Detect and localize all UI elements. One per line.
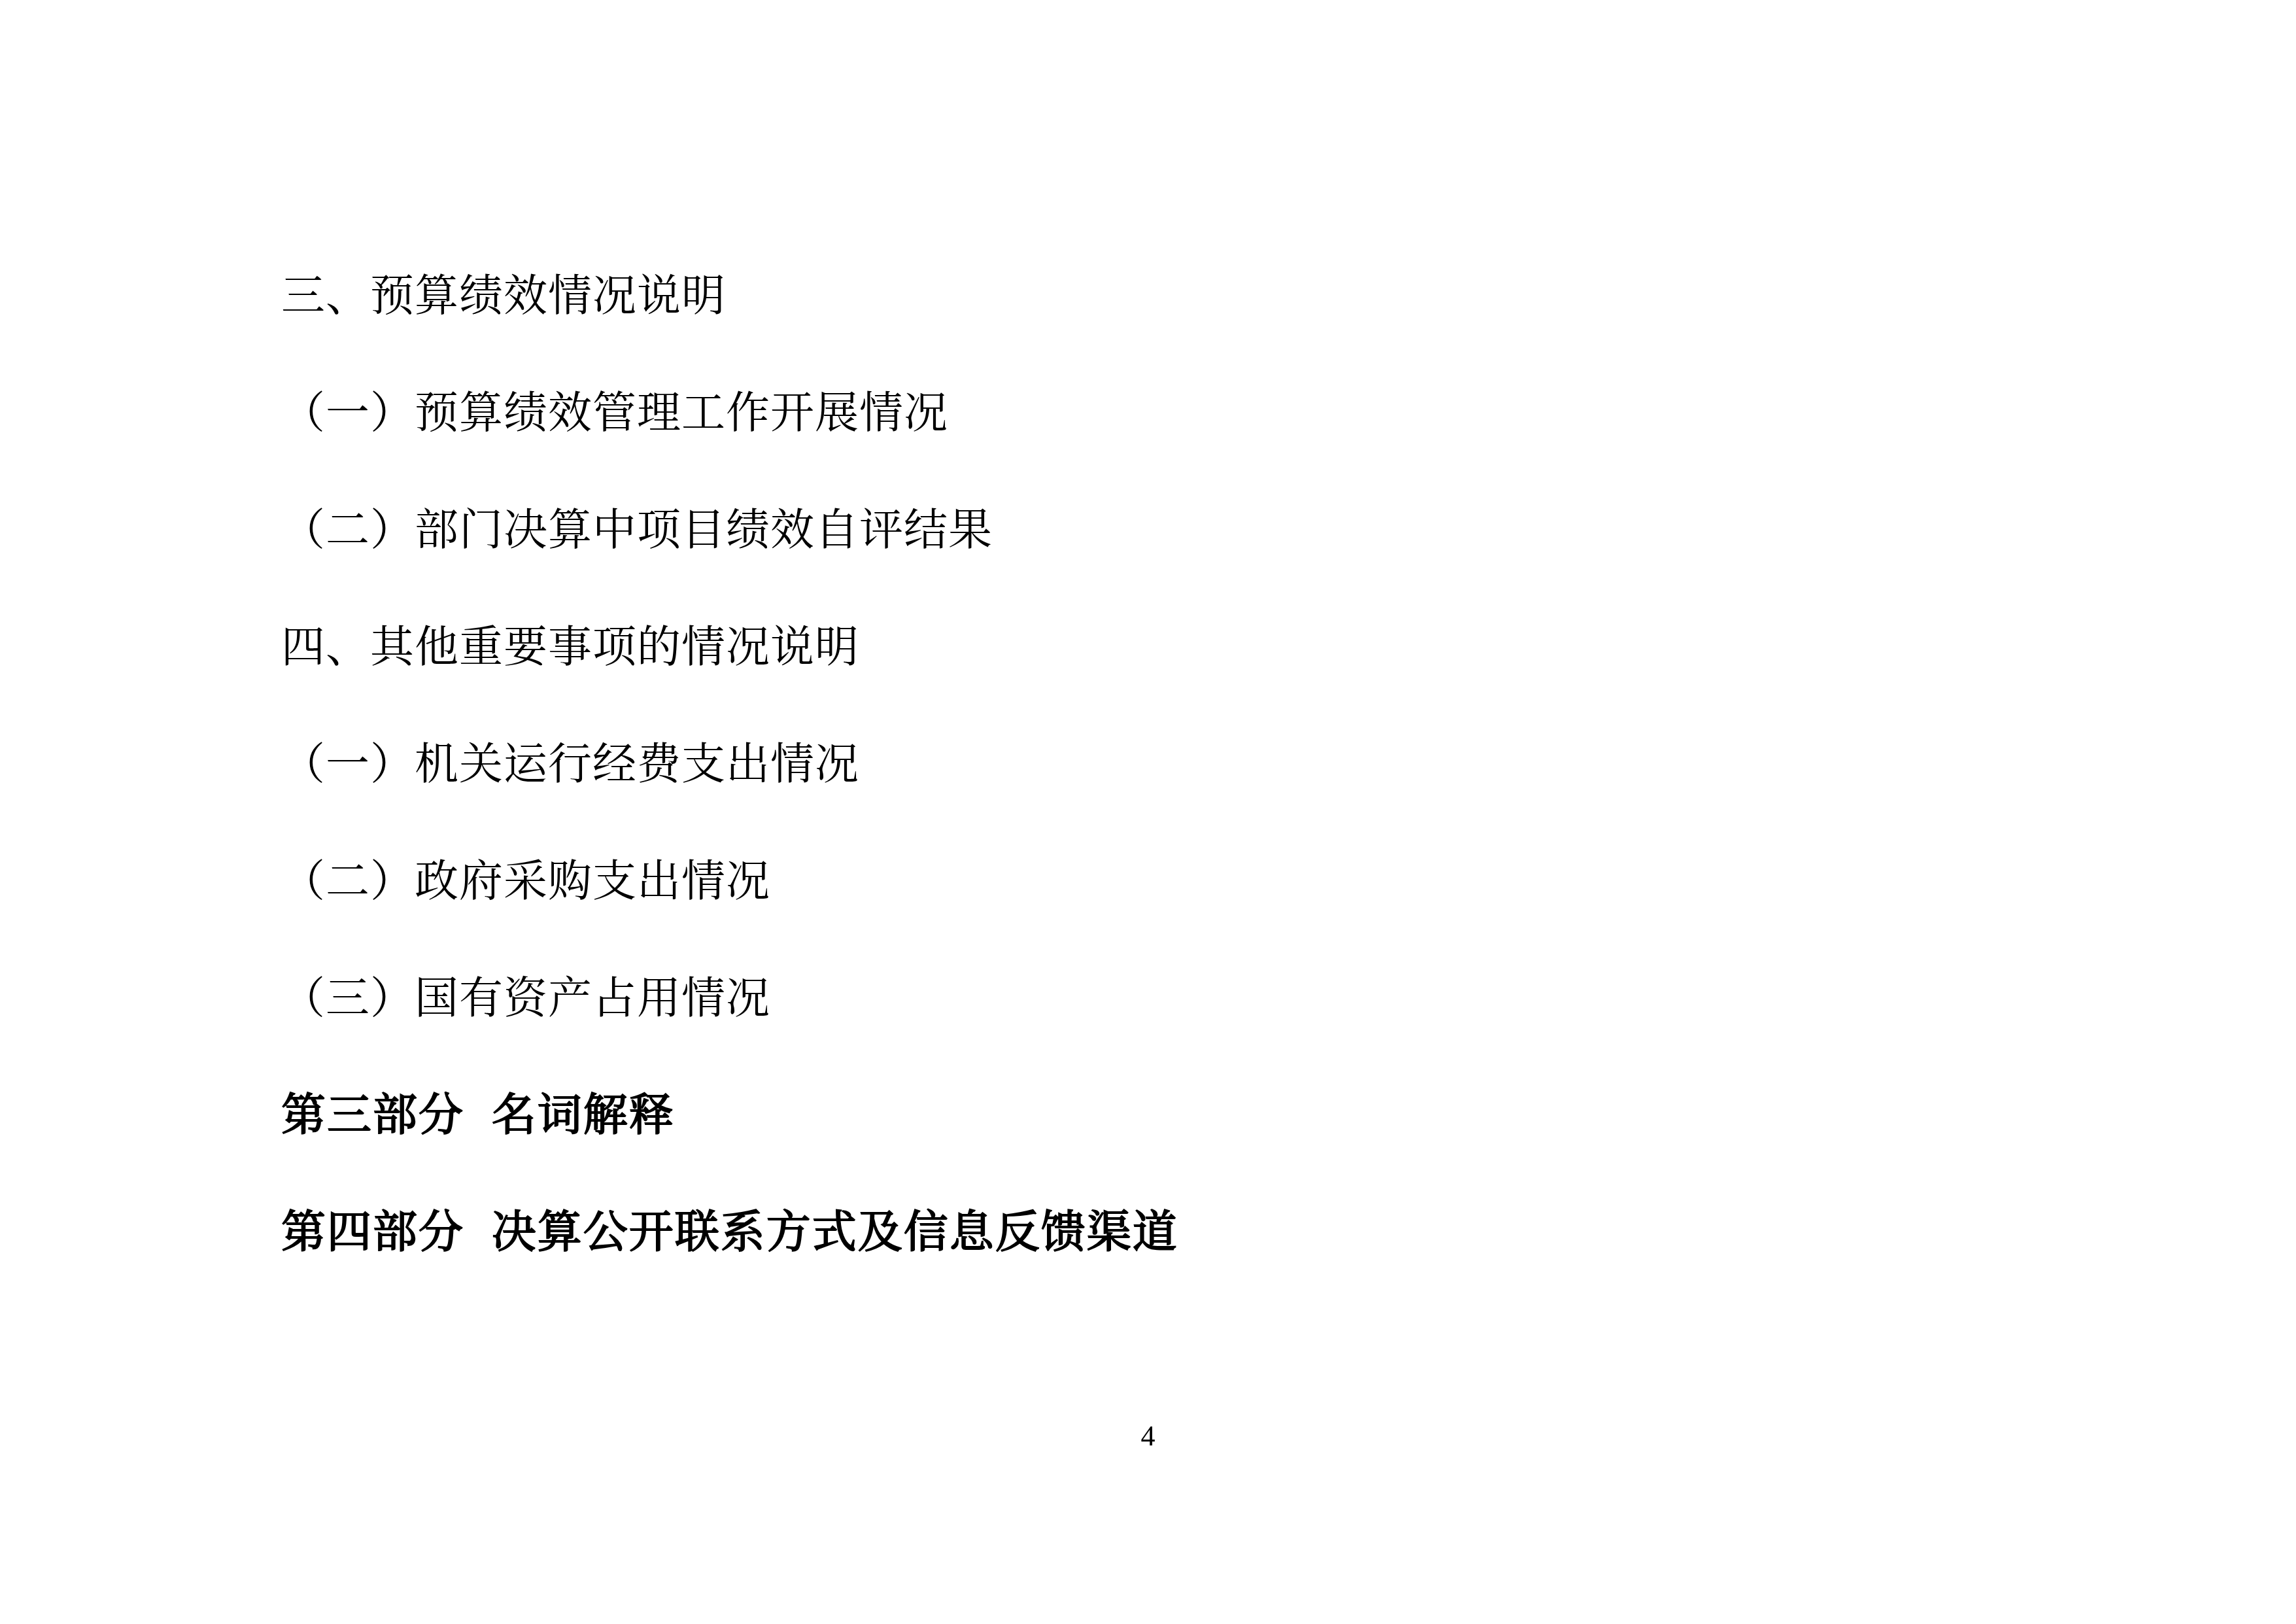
- toc-heading-part4: 第四部分 决算公开联系方式及信息反馈渠道: [281, 1170, 1178, 1287]
- document-page: 三、预算绩效情况说明 （一）预算绩效管理工作开展情况 （二）部门决算中项目绩效自…: [0, 0, 2296, 1624]
- toc-line: （二）政府采购支出情况: [281, 819, 1178, 936]
- page-number: 4: [0, 1419, 2296, 1453]
- toc-line: （三）国有资产占用情况: [281, 936, 1178, 1053]
- toc-line: 四、其他重要事项的情况说明: [281, 585, 1178, 702]
- toc-heading-part3: 第三部分 名词解释: [281, 1053, 1178, 1170]
- table-of-contents: 三、预算绩效情况说明 （一）预算绩效管理工作开展情况 （二）部门决算中项目绩效自…: [281, 233, 1178, 1287]
- toc-line: （二）部门决算中项目绩效自评结果: [281, 468, 1178, 585]
- toc-line: 三、预算绩效情况说明: [281, 233, 1178, 351]
- toc-line: （一）机关运行经费支出情况: [281, 702, 1178, 819]
- toc-line: （一）预算绩效管理工作开展情况: [281, 351, 1178, 468]
